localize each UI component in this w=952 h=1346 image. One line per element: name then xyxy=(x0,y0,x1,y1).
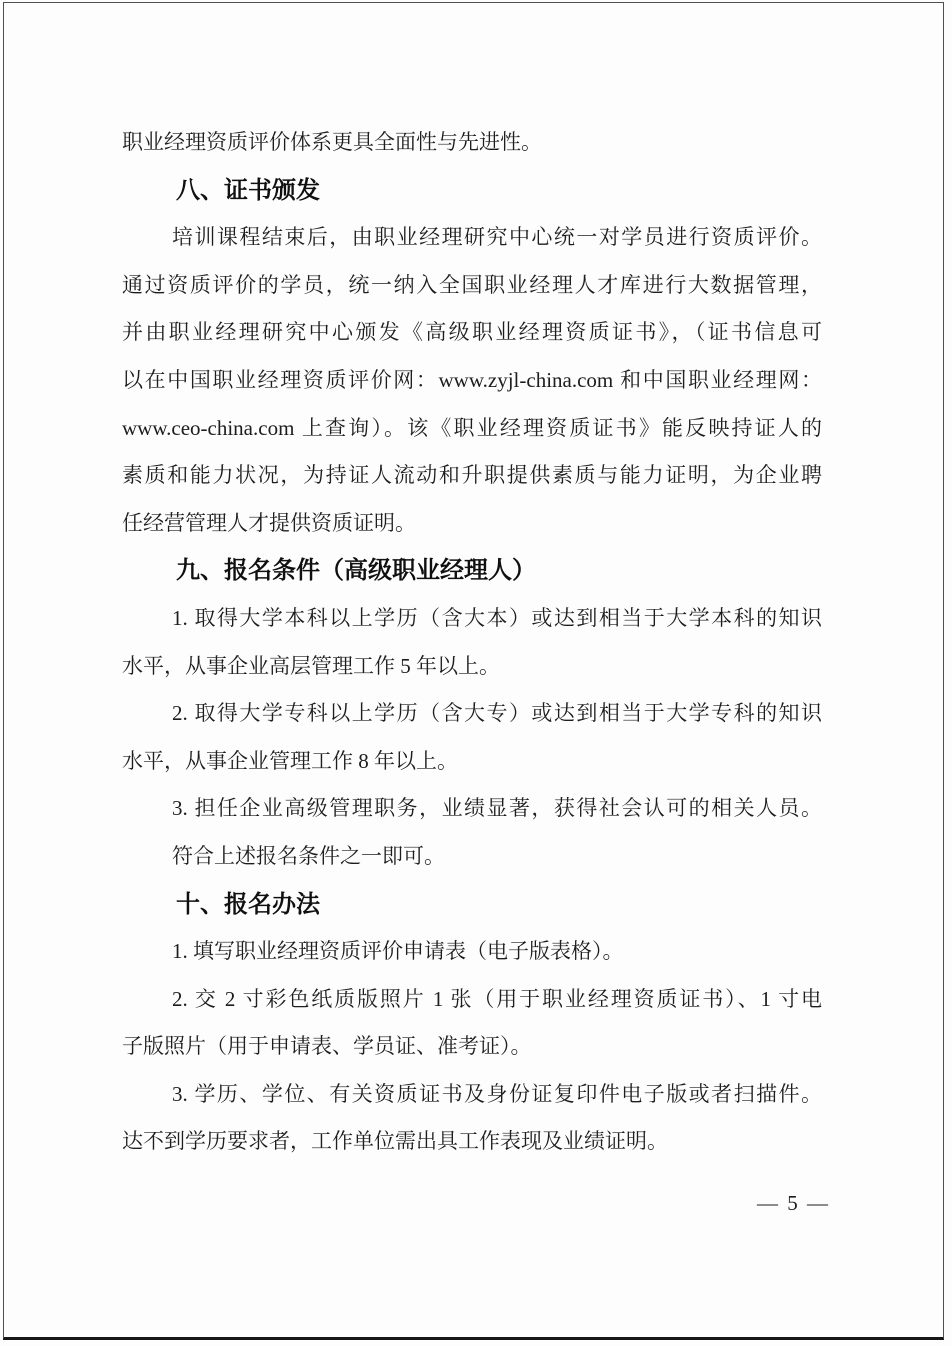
list-item-3-line: 3. 担任企业高级管理职务，业绩显著，获得社会认可的相关人员。 xyxy=(122,785,822,833)
list-item-1-line: 1. 取得大学本科以上学历（含大本）或达到相当于大学本科的知识 xyxy=(122,595,822,643)
heading-section-9-application-requirements: 九、报名条件（高级职业经理人） xyxy=(122,547,822,595)
list-item-2-continuation: 子版照片（用于申请表、学员证、准考证）。 xyxy=(122,1023,822,1071)
list-item-3-continuation: 达不到学历要求者，工作单位需出具工作表现及业绩证明。 xyxy=(122,1118,822,1166)
heading-section-8-certificate-issuance: 八、证书颁发 xyxy=(122,167,822,215)
list-item-2-line: 2. 交 2 寸彩色纸质版照片 1 张（用于职业经理资质证书）、1 寸电 xyxy=(122,976,822,1024)
document-body: 职业经理资质评价体系更具全面性与先进性。 八、证书颁发 培训课程结束后，由职业经… xyxy=(122,119,822,1166)
list-item-1-line: 1. 填写职业经理资质评价申请表（电子版表格）。 xyxy=(122,928,822,976)
list-item-3-line: 3. 学历、学位、有关资质证书及身份证复印件电子版或者扫描件。 xyxy=(122,1071,822,1119)
text-line: 符合上述报名条件之一即可。 xyxy=(122,833,822,881)
page-number: — 5 — xyxy=(757,1188,830,1218)
list-item-2-line: 2. 取得大学专科以上学历（含大专）或达到相当于大学专科的知识 xyxy=(122,690,822,738)
text-line-with-url-ceo-china: www.ceo-china.com 上查询）。该《职业经理资质证书》能反映持证人… xyxy=(122,405,822,453)
text-line: 职业经理资质评价体系更具全面性与先进性。 xyxy=(122,119,822,167)
heading-section-10-application-method: 十、报名办法 xyxy=(122,881,822,929)
text-line: 任经营管理人才提供资质证明。 xyxy=(122,500,822,548)
text-line: 通过资质评价的学员，统一纳入全国职业经理人才库进行大数据管理， xyxy=(122,262,822,310)
text-line: 培训课程结束后，由职业经理研究中心统一对学员进行资质评价。 xyxy=(122,214,822,262)
list-item-2-continuation: 水平，从事企业管理工作 8 年以上。 xyxy=(122,738,822,786)
text-line-with-url-zyjl-china: 以在中国职业经理资质评价网：www.zyjl-china.com 和中国职业经理… xyxy=(122,357,822,405)
text-line: 并由职业经理研究中心颁发《高级职业经理资质证书》，（证书信息可 xyxy=(122,309,822,357)
list-item-1-continuation: 水平，从事企业高层管理工作 5 年以上。 xyxy=(122,643,822,691)
text-line: 素质和能力状况，为持证人流动和升职提供素质与能力证明，为企业聘 xyxy=(122,452,822,500)
